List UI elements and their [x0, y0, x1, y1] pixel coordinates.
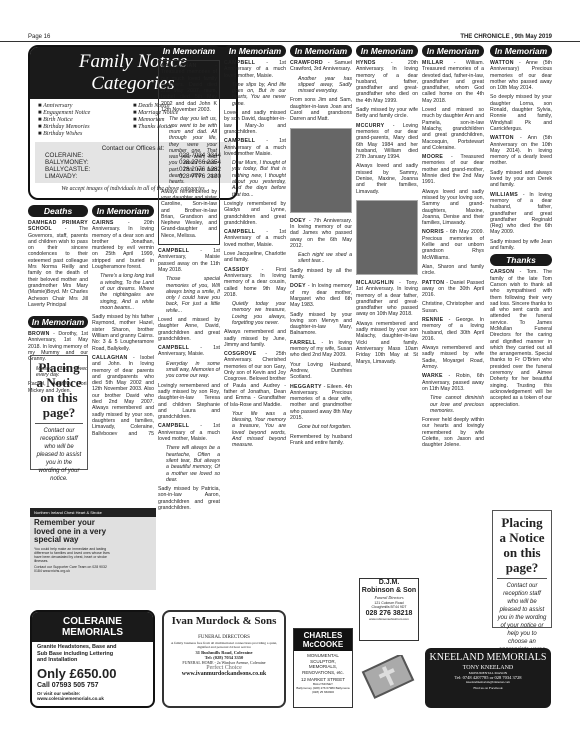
- category-item: Birth Notice: [38, 117, 133, 124]
- ivan-murdock-ad[interactable]: Ivan Murdock & Sons FUNERAL DIRECTORS A …: [162, 610, 286, 708]
- memoriam-header: In Memoriam: [422, 45, 484, 57]
- robinson-son-ad[interactable]: D.J.M. Robinson & Son Funeral Directors …: [359, 578, 419, 641]
- column-7: In Memoriam MILLAR - William. Treasured …: [422, 45, 484, 585]
- kneeland-memorials-ad[interactable]: KNEELAND MEMORIALS TONY KNEELAND MONUMEN…: [425, 648, 551, 708]
- photo-mclaughlin: [356, 200, 418, 275]
- memoriam-header: In Memoriam: [290, 45, 352, 57]
- memoriam-header: In Memoriam: [356, 45, 418, 57]
- coleraine-memorials-ad[interactable]: COLERAINE MEMORIALS Granite Headstones, …: [30, 610, 155, 708]
- photo-doey: [290, 128, 352, 213]
- placing-notice-box: Placing a Notice on this page? Contact o…: [30, 355, 88, 470]
- chest-heart-stroke-ad: Northern Ireland Chest Heart & Stroke Re…: [30, 508, 156, 590]
- memoriam-header: In Memoriam: [92, 205, 154, 217]
- memoriam-header: In Memoriam: [490, 45, 552, 57]
- memoriam-header: In Memoriam: [158, 45, 220, 57]
- notice: DAMHEAD PRIMARY SCHOOL - The Governors, …: [28, 220, 88, 308]
- publication-date: THE CHRONICLE , 9th May 2019: [460, 34, 552, 40]
- column-5: In Memoriam CRAWFORD - Samuel Crawford, …: [290, 45, 352, 585]
- column-4: In Memoriam CAMPBELL - 1st Anniversary o…: [224, 45, 286, 555]
- column-2: In Memoriam CAIRNS - 20th Anniversary. I…: [92, 205, 154, 435]
- page-number: Page 16: [28, 34, 50, 40]
- category-item: Engagement Notice: [38, 110, 133, 117]
- placing-notice-box: Placing a Notice on this page? Contact o…: [492, 510, 552, 628]
- category-item: Birthday Memories: [38, 124, 133, 131]
- memoriam-header: In Memoriam: [28, 316, 88, 328]
- deaths-header: Deaths: [28, 205, 88, 217]
- bible-icon: [360, 655, 415, 700]
- column-6: In Memoriam HYNDS - 20th Anniversary. In…: [356, 45, 418, 475]
- category-item: Birthday Wishes: [38, 131, 133, 138]
- page-header: Page 16 THE CHRONICLE , 9th May 2019: [0, 28, 580, 42]
- column-8: In Memoriam WATTON - Anne (5th Anniversa…: [490, 45, 552, 505]
- thanks-header: Thanks: [490, 254, 552, 266]
- column-3: In Memoriam CALLAGHAN - Treasured memori…: [158, 45, 220, 590]
- charles-mccooke-ad[interactable]: CHARLESMcCOOKE MONUMENTAL SCULPTOR, MEMO…: [293, 628, 353, 708]
- memoriam-header: In Memoriam: [224, 45, 286, 57]
- category-item: Anniversary: [38, 103, 133, 110]
- facebook-icon: Find us on Facebook: [425, 686, 551, 690]
